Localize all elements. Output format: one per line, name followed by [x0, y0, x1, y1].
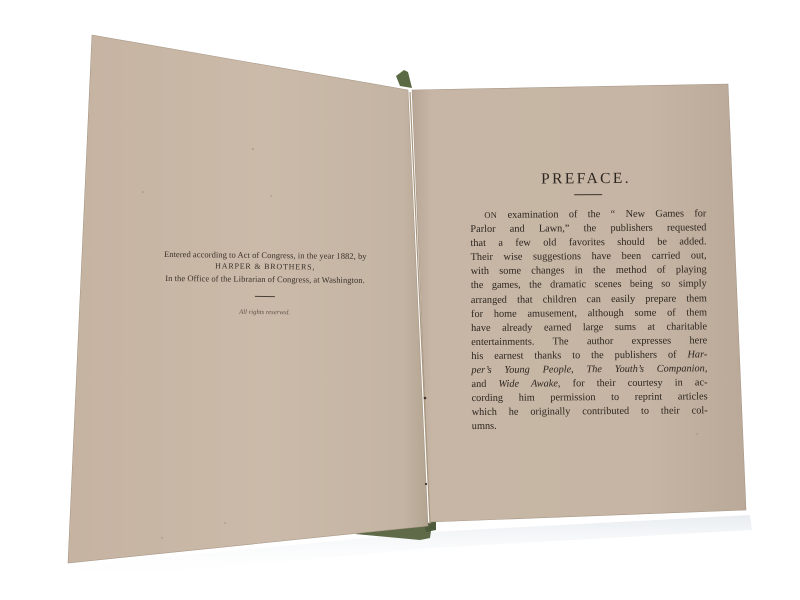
cover-spine-top [396, 70, 412, 88]
preface-body: ON examination of the “ New Games forPar… [470, 207, 708, 434]
preface-line: for home amusement, although some of the… [471, 306, 707, 322]
binding-thread [425, 483, 427, 485]
copyright-rule [255, 296, 275, 297]
preface-rule [574, 194, 602, 195]
preface-line: have already earned large sums at charit… [471, 320, 707, 336]
book-photo: Entered according to Act of Congress, in… [0, 0, 800, 600]
rights-reserved: All rights reserved. [150, 306, 380, 320]
preface-line: entertainments. The author expresses her… [471, 334, 707, 350]
preface-title: PREFACE. [466, 168, 706, 190]
copyright-line-3: In the Office of the Librarian of Congre… [150, 272, 380, 286]
copyright-notice: Entered according to Act of Congress, in… [150, 248, 381, 320]
preface-line: which he originally contributed to their… [472, 405, 708, 421]
preface-line: arranged that children can easily prepar… [471, 292, 707, 308]
preface-line: umns. [472, 419, 708, 435]
binding-thread [424, 397, 427, 400]
preface-line: the games, the dramatic scenes being so … [471, 278, 707, 294]
preface: PREFACE. ON examination of the “ New Gam… [470, 168, 708, 434]
